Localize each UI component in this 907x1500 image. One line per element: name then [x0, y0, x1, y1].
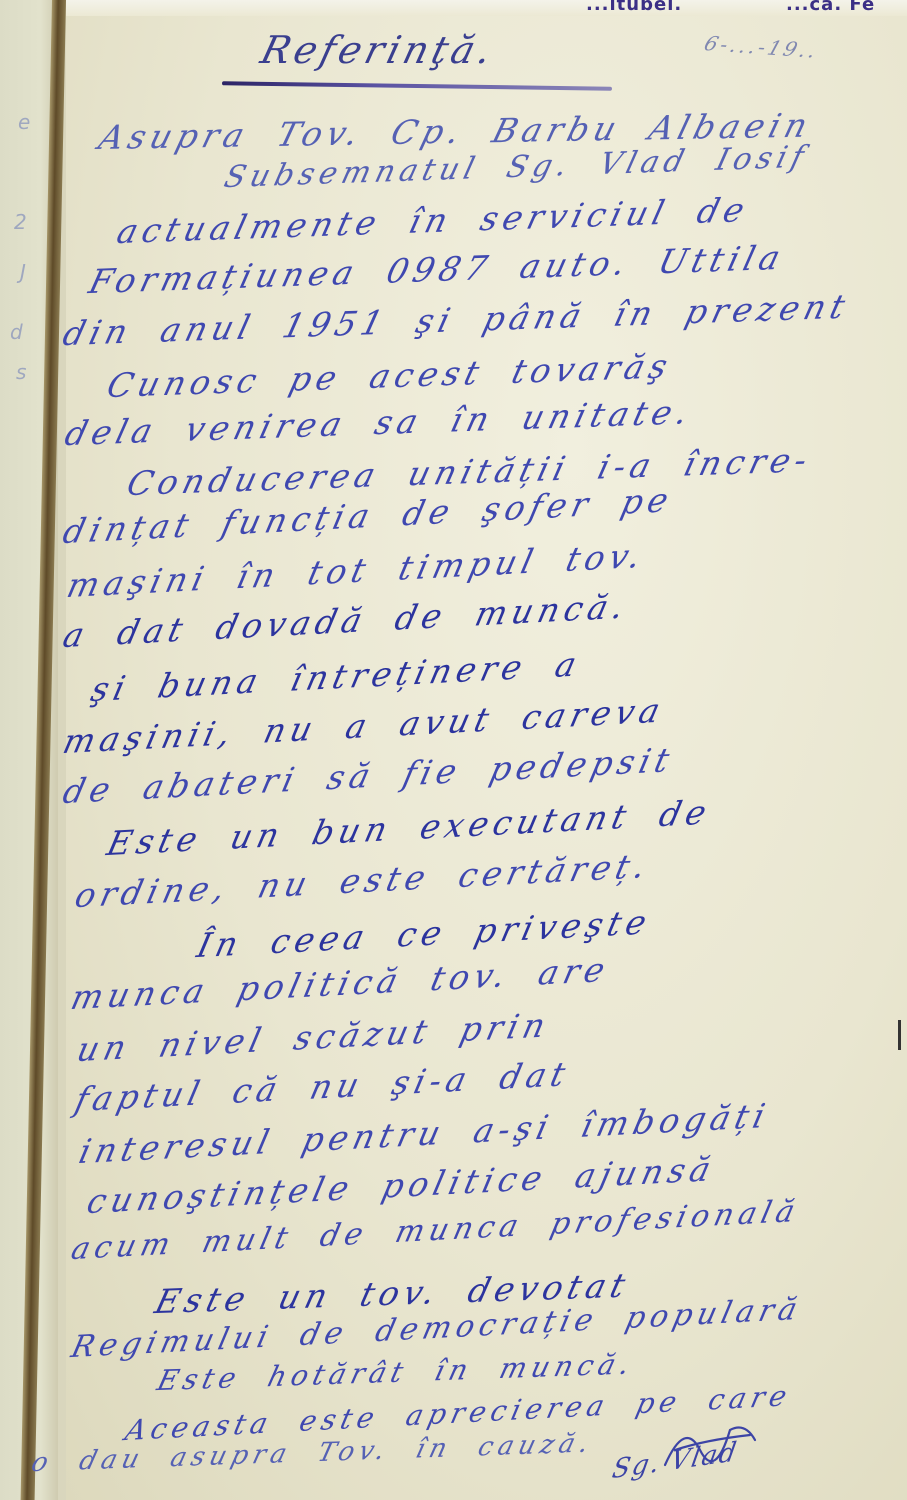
edge-mark [898, 1020, 901, 1050]
left-page-mark: d [10, 320, 23, 344]
header-stamp-left: ...ltubel. [586, 0, 682, 15]
left-page-mark: J [20, 260, 26, 284]
left-page-mark: 2 [14, 210, 27, 234]
previous-page-edge: ...ltubel. ...ca. Fe [66, 0, 907, 16]
document-title: Referinţă. [257, 28, 500, 72]
header-stamp-right: ...ca. Fe [786, 0, 875, 15]
left-page-mark: e [18, 110, 30, 134]
left-page-mark: s [16, 360, 26, 384]
